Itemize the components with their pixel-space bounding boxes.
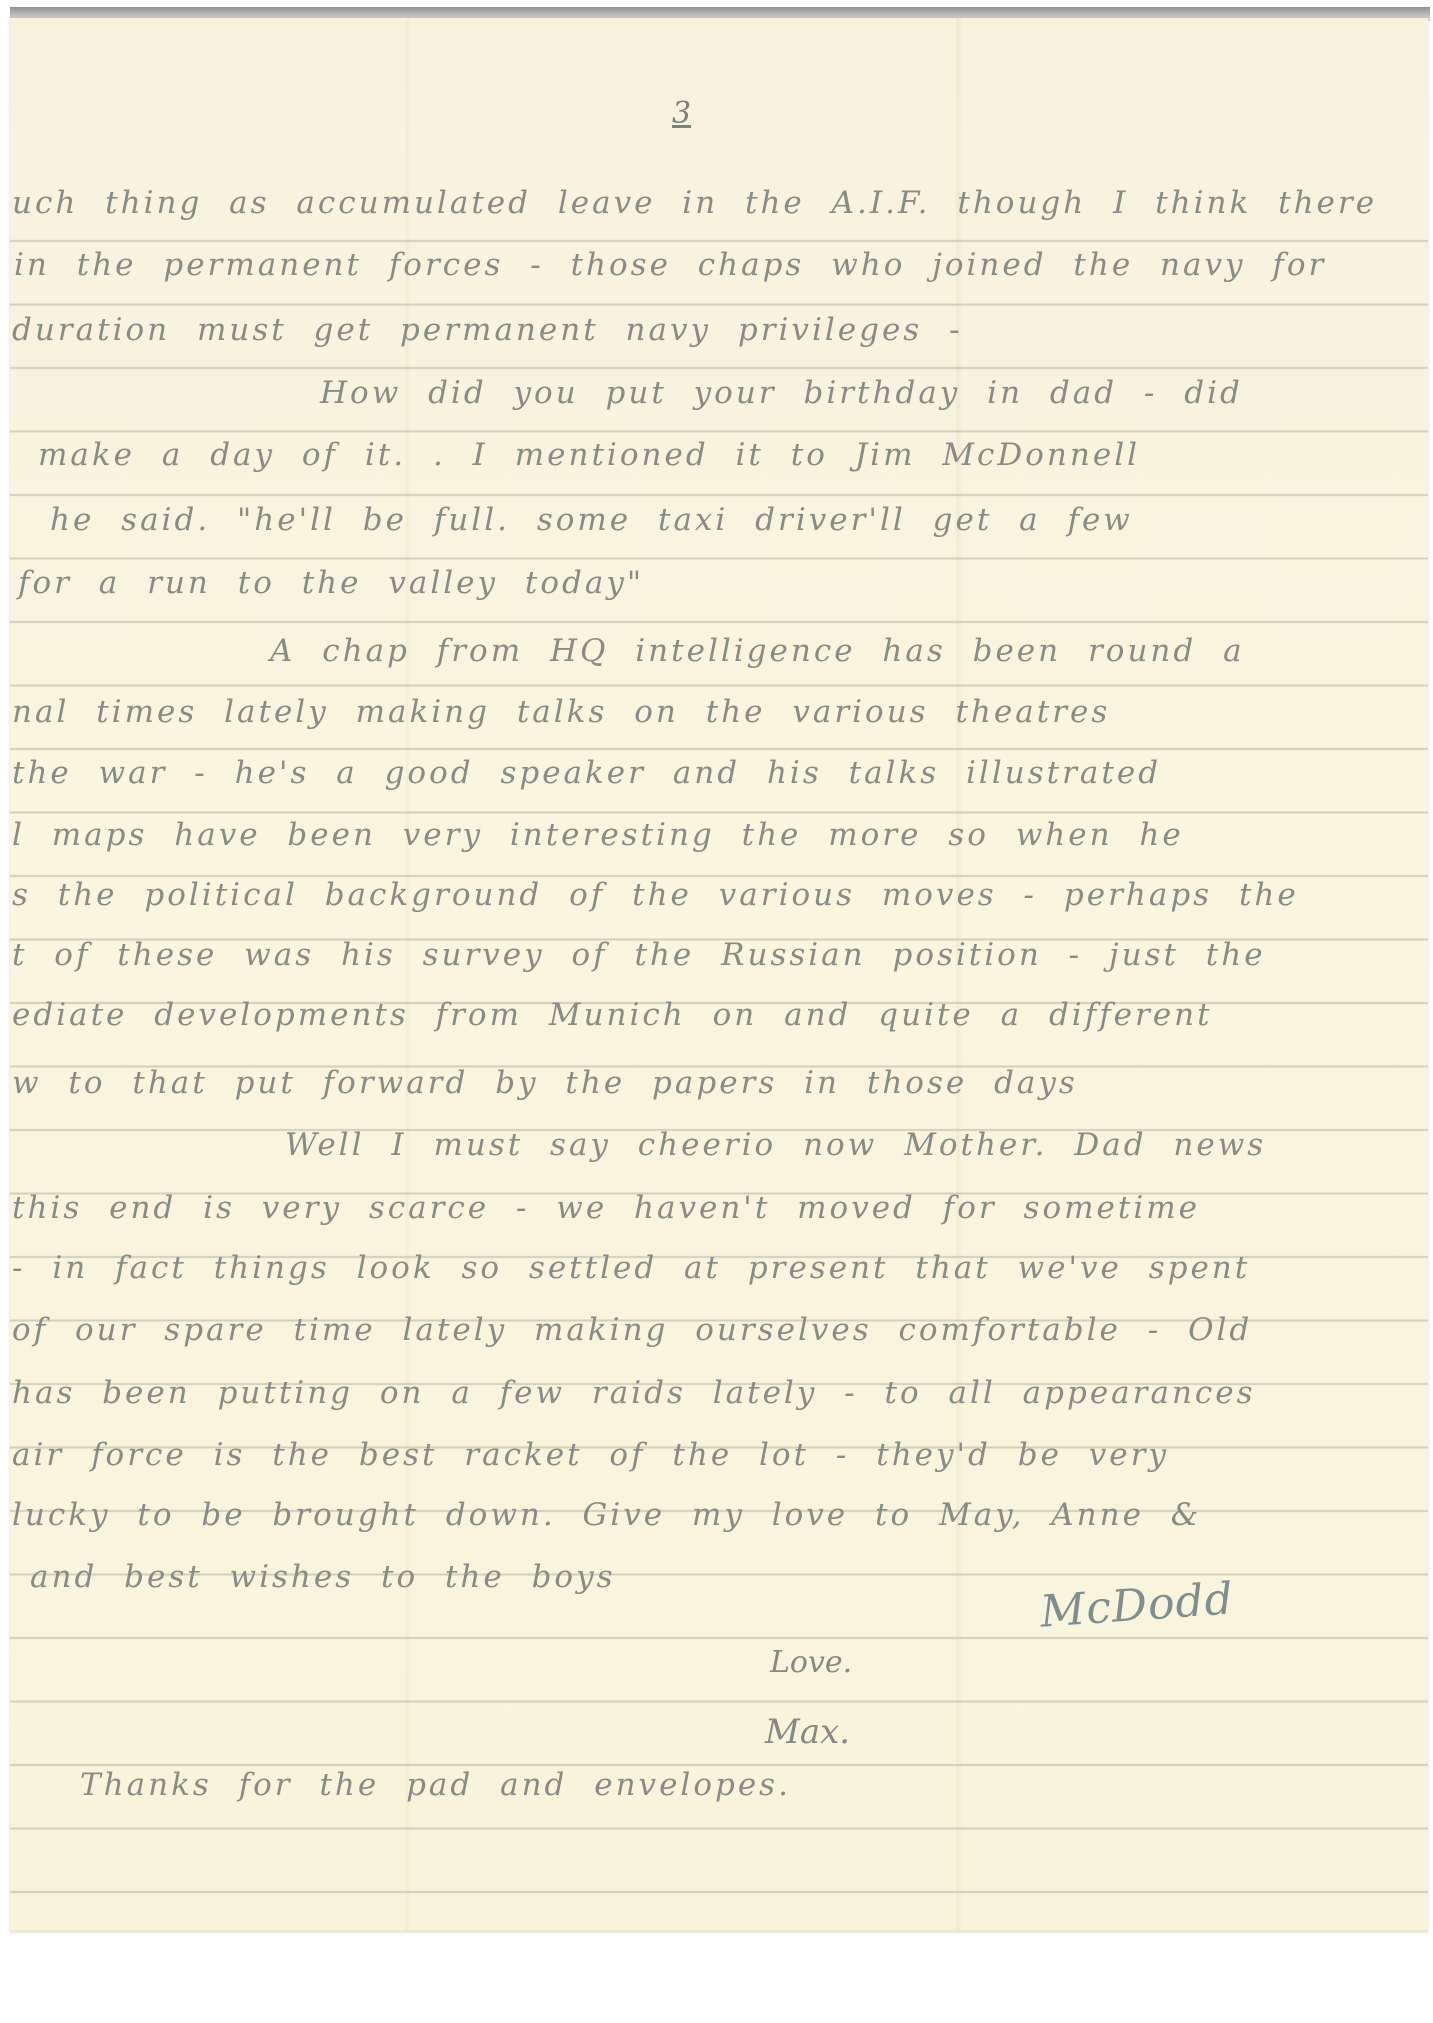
letter-line: uch thing as accumulated leave in the A.… <box>12 188 1377 219</box>
letter-line: A chap from HQ intelligence has been rou… <box>270 636 1245 667</box>
letter-line: l maps have been very interesting the mo… <box>12 820 1184 851</box>
letter-line: make a day of it. . I mentioned it to Ji… <box>38 440 1140 471</box>
letter-line: ediate developments from Munich on and q… <box>12 1000 1213 1031</box>
letter-line: lucky to be brought down. Give my love t… <box>12 1500 1201 1531</box>
letter-line: this end is very scarce - we haven't mov… <box>12 1193 1200 1224</box>
letter-line: nal times lately making talks on the var… <box>12 697 1110 728</box>
letter-line: Well I must say cheerio now Mother. Dad … <box>285 1130 1266 1161</box>
letter-line: s the political background of the variou… <box>12 880 1299 911</box>
page-number: 3 <box>672 96 691 131</box>
sender-name: Max. <box>765 1712 850 1752</box>
letter-line: the war - he's a good speaker and his ta… <box>12 758 1161 789</box>
letter-line: air force is the best racket of the lot … <box>12 1440 1169 1471</box>
letter-line: of our spare time lately making ourselve… <box>12 1315 1252 1346</box>
letter-line: - in fact things look so settled at pres… <box>12 1253 1250 1284</box>
letter-page <box>10 18 1428 1932</box>
ruled-lines <box>10 18 1428 1932</box>
letter-line: w to that put forward by the papers in t… <box>12 1068 1078 1099</box>
letter-line: in the permanent forces - those chaps wh… <box>14 250 1326 281</box>
letter-line: How did you put your birthday in dad - d… <box>320 378 1243 409</box>
closing-salutation: Love. <box>770 1645 852 1680</box>
letter-line: duration must get permanent navy privile… <box>12 315 963 346</box>
letter-line: and best wishes to the boys <box>30 1562 616 1593</box>
postscript: Thanks for the pad and envelopes. <box>80 1770 791 1801</box>
letter-line: he said. "he'll be full. some taxi drive… <box>50 505 1133 536</box>
letter-line: t of these was his survey of the Russian… <box>12 940 1266 971</box>
paper-bottom-edge <box>10 1930 1428 1934</box>
letter-line: for a run to the valley today" <box>18 568 644 599</box>
letter-line: has been putting on a few raids lately -… <box>12 1378 1256 1409</box>
